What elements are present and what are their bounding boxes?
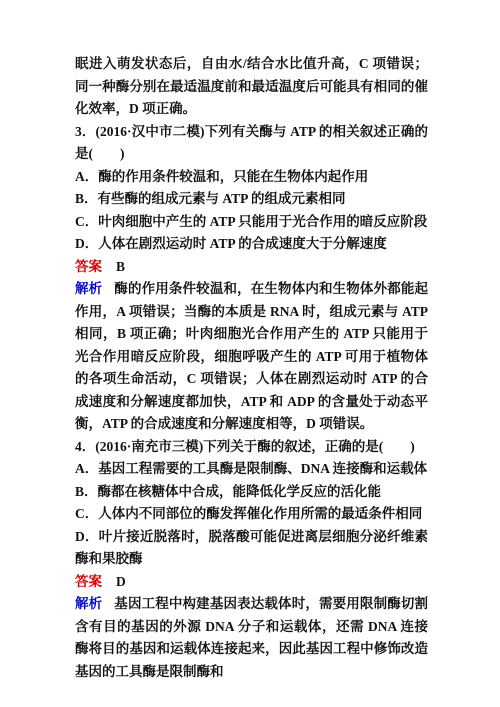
question-3-option-c: C．叶肉细胞中产生的 ATP 只能用于光合作用的暗反应阶段 <box>75 211 428 234</box>
document-page: 眠进入萌发状态后，自由水/结合水比值升高，C 项错误；同一种酶分别在最适温度前和… <box>0 0 500 707</box>
question-4-option-d: D．叶片接近脱落时，脱落酸可能促进离层细胞分泌纤维素酶和果胶酶 <box>75 526 428 571</box>
question-4-answer-line: 答案D <box>75 571 428 594</box>
answer-value: B <box>116 259 126 274</box>
answer-label: 答案 <box>75 259 102 274</box>
question-3-block: 3．(2016·汉中市二模)下列有关酶与 ATP 的相关叙述正确的是( ) A．… <box>75 121 428 436</box>
question-4-analysis: 解析基因工程中构建基因表达载体时，需要用限制酶切割含有目的基因的外源 DNA 分… <box>75 593 428 683</box>
answer-value: D <box>116 574 126 589</box>
previous-analysis-continuation: 眠进入萌发状态后，自由水/结合水比值升高，C 项错误；同一种酶分别在最适温度前和… <box>75 53 428 121</box>
answer-label: 答案 <box>75 574 102 589</box>
analysis-text: 酶的作用条件较温和，在生物体内和生物体外都能起作用，A 项错误；当酶的本质是 R… <box>75 281 428 431</box>
question-3-answer-line: 答案B <box>75 256 428 279</box>
question-4-option-b: B．酶都在核糖体中合成，能降低化学反应的活化能 <box>75 481 428 504</box>
question-4-option-a: A．基因工程需要的工具酶是限制酶、DNA 连接酶和运载体 <box>75 458 428 481</box>
question-3-option-a: A．酶的作用条件较温和，只能在生物体内起作用 <box>75 166 428 189</box>
question-4-stem: 4．(2016·南充市三模)下列关于酶的叙述，正确的是( ) <box>75 436 428 459</box>
question-3-analysis: 解析酶的作用条件较温和，在生物体内和生物体外都能起作用，A 项错误；当酶的本质是… <box>75 278 428 436</box>
question-3-stem: 3．(2016·汉中市二模)下列有关酶与 ATP 的相关叙述正确的是( ) <box>75 121 428 166</box>
analysis-label: 解析 <box>75 596 102 611</box>
question-4-option-c: C．人体内不同部位的酶发挥催化作用所需的最适条件相同 <box>75 503 428 526</box>
question-4-block: 4．(2016·南充市三模)下列关于酶的叙述，正确的是( ) A．基因工程需要的… <box>75 436 428 684</box>
analysis-text: 基因工程中构建基因表达载体时，需要用限制酶切割含有目的基因的外源 DNA 分子和… <box>75 596 428 679</box>
question-3-option-d: D．人体在剧烈运动时 ATP 的合成速度大于分解速度 <box>75 233 428 256</box>
question-3-option-b: B．有些酶的组成元素与 ATP 的组成元素相同 <box>75 188 428 211</box>
analysis-label: 解析 <box>75 281 102 296</box>
